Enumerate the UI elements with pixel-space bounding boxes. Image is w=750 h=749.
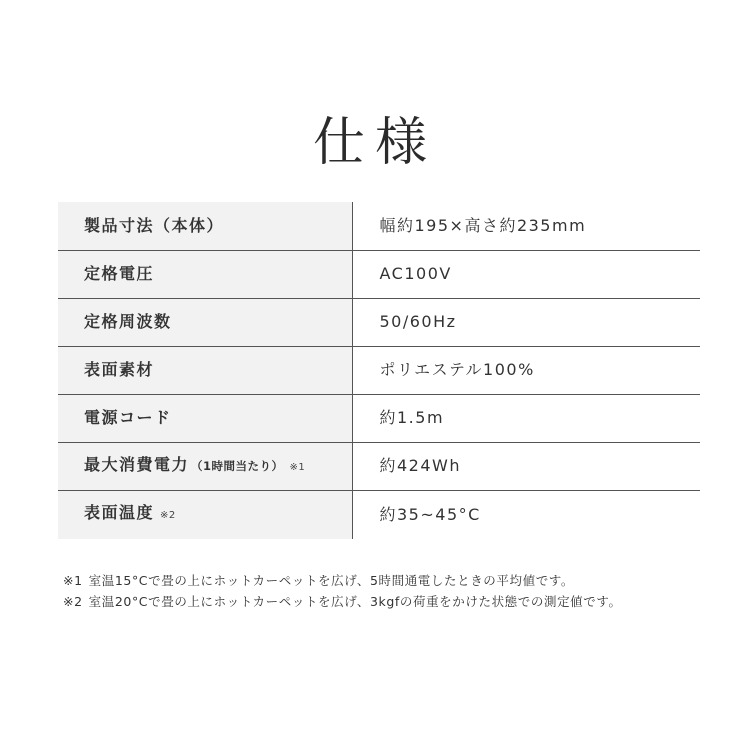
spec-value: 約35~45°C: [380, 505, 481, 524]
spec-label: 定格周波数: [84, 312, 172, 331]
footnotes: ※1室温15°Cで畳の上にホットカーペットを広げ、5時間通電したときの平均値です…: [63, 570, 743, 612]
spec-label-cell: 最大消費電力（1時間当たり）※1: [58, 442, 352, 490]
spec-label-cell: 定格電圧: [58, 250, 352, 298]
spec-value: AC100V: [380, 264, 452, 283]
spec-value: 50/60Hz: [380, 312, 457, 331]
footnote-text: 室温15°Cで畳の上にホットカーペットを広げ、5時間通電したときの平均値です。: [89, 573, 574, 588]
table-row: 最大消費電力（1時間当たり）※1 約424Wh: [58, 442, 700, 490]
footnote-text: 室温20°Cで畳の上にホットカーペットを広げ、3kgfの荷重をかけた状態での測定…: [89, 594, 622, 609]
spec-label: 表面温度: [84, 503, 154, 522]
spec-value: 約1.5m: [380, 408, 445, 427]
spec-value: 幅約195×高さ約235mm: [380, 216, 587, 235]
spec-label-cell: 製品寸法（本体）: [58, 202, 352, 250]
spec-label: 電源コード: [84, 408, 172, 427]
spec-value-cell: 約35~45°C: [352, 490, 700, 539]
table-row: 製品寸法（本体） 幅約195×高さ約235mm: [58, 202, 700, 250]
spec-value-cell: AC100V: [352, 250, 700, 298]
spec-label: 表面素材: [84, 360, 154, 379]
spec-label-note: （1時間当たり）: [191, 459, 284, 473]
spec-label: 最大消費電力: [84, 455, 189, 474]
page-title: 仕様: [0, 108, 750, 178]
table-row: 表面素材 ポリエステル100%: [58, 346, 700, 394]
spec-label-cell: 表面温度※2: [58, 490, 352, 539]
spec-value-cell: 50/60Hz: [352, 298, 700, 346]
spec-label-cell: 電源コード: [58, 394, 352, 442]
table-row: 表面温度※2 約35~45°C: [58, 490, 700, 539]
spec-value: 約424Wh: [380, 456, 462, 475]
table-row: 電源コード 約1.5m: [58, 394, 700, 442]
table-row: 定格電圧 AC100V: [58, 250, 700, 298]
spec-value-cell: ポリエステル100%: [352, 346, 700, 394]
spec-label: 製品寸法（本体）: [84, 216, 224, 235]
spec-label: 定格電圧: [84, 264, 154, 283]
spec-value-cell: 幅約195×高さ約235mm: [352, 202, 700, 250]
footnote-1: ※1室温15°Cで畳の上にホットカーペットを広げ、5時間通電したときの平均値です…: [63, 570, 743, 591]
footnote-mark: ※1: [63, 573, 83, 588]
spec-value-cell: 約1.5m: [352, 394, 700, 442]
table-row: 定格周波数 50/60Hz: [58, 298, 700, 346]
spec-label-cell: 定格周波数: [58, 298, 352, 346]
footnote-2: ※2室温20°Cで畳の上にホットカーペットを広げ、3kgfの荷重をかけた状態での…: [63, 591, 743, 612]
spec-value: ポリエステル100%: [380, 360, 535, 379]
footnote-reference: ※1: [290, 462, 306, 473]
footnote-mark: ※2: [63, 594, 83, 609]
spec-label-cell: 表面素材: [58, 346, 352, 394]
spec-value-cell: 約424Wh: [352, 442, 700, 490]
spec-table: 製品寸法（本体） 幅約195×高さ約235mm 定格電圧 AC100V 定格周波…: [58, 202, 700, 539]
footnote-reference: ※2: [160, 510, 176, 521]
